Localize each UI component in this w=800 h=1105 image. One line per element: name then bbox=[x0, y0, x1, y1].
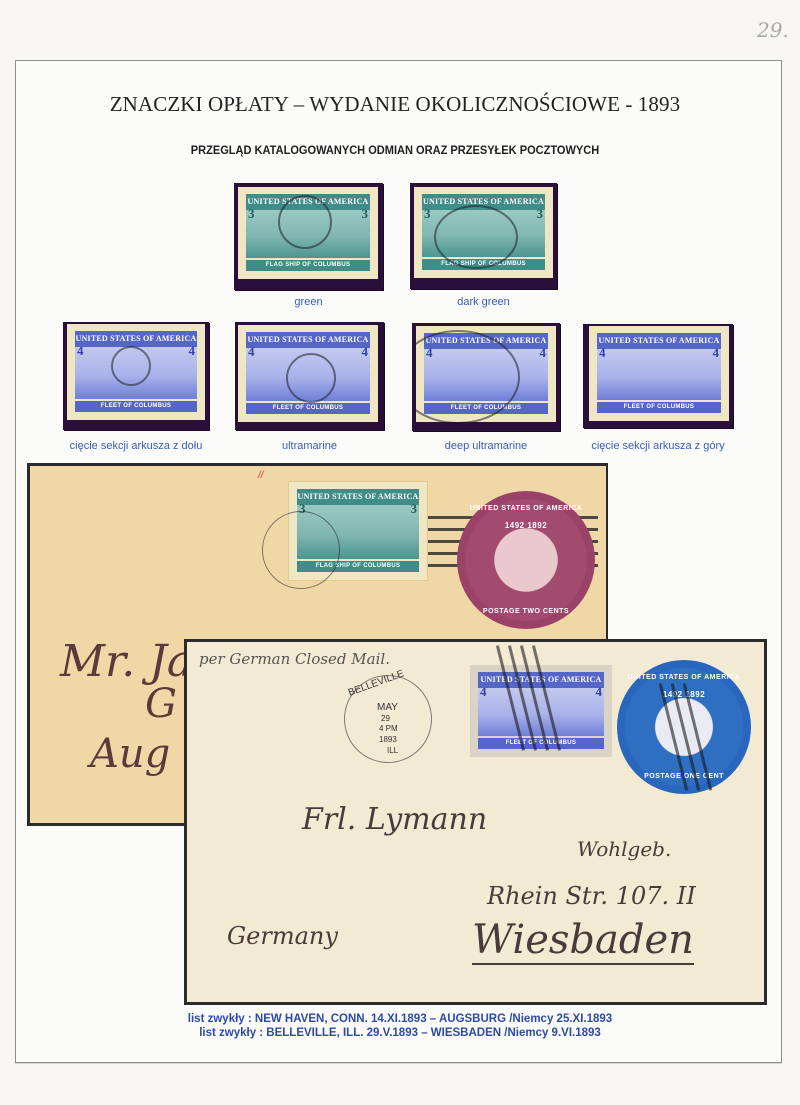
caption-green: green bbox=[234, 296, 383, 308]
caption-cover-2: list zwykły : BELLEVILLE, ILL. 29.V.1893… bbox=[0, 1027, 800, 1039]
stamp-3c-green: UNITED STATES OF AMERICA 3 3 FLAG SHIP O… bbox=[238, 187, 378, 279]
postmark-day: 29 bbox=[381, 714, 390, 723]
address-line: G bbox=[145, 681, 177, 727]
addressee-name: Frl. Lymann bbox=[302, 802, 487, 837]
stamp-mount-bottom-cut: UNITED STATES OF AMERICA 4 4 FLEET OF CO… bbox=[63, 322, 209, 430]
postmark-month: MAY bbox=[377, 702, 398, 713]
new-haven-postmark bbox=[262, 511, 340, 589]
stamp-4c-bottom-cut: UNITED STATES OF AMERICA 4 4 FLEET OF CO… bbox=[67, 324, 205, 420]
caption-ultramarine: ultramarine bbox=[235, 440, 384, 452]
stamp-4c-ultramarine: UNITED STATES OF AMERICA 4 4 FLEET OF CO… bbox=[238, 325, 378, 422]
stamp-mount-deep-ultramarine: UNITED STATES OF AMERICA 4 4 FLEET OF CO… bbox=[412, 323, 560, 431]
stamp-mount-top-cut: UNITED STATES OF AMERICA 4 4 FLEET OF CO… bbox=[583, 324, 733, 428]
page-subtitle: PRZEGLĄD KATALOGOWANYCH ODMIAN ORAZ PRZE… bbox=[32, 143, 759, 157]
caption-bottom-cut: cięcie sekcji arkusza z dołu bbox=[40, 440, 232, 452]
address-line: Aug bbox=[90, 731, 170, 777]
postmark-time: 4 PM bbox=[379, 724, 398, 733]
caption-cover-1: list zwykły : NEW HAVEN, CONN. 14.XI.189… bbox=[0, 1013, 800, 1025]
postmark-state: ILL bbox=[387, 746, 398, 755]
postmark-cancel bbox=[434, 205, 518, 269]
indicia-two-cents: UNITED STATES OF AMERICA 1492 1892 POSTA… bbox=[457, 491, 595, 629]
postmark-year: 1893 bbox=[379, 735, 397, 744]
routing-endorsement: per German Closed Mail. bbox=[199, 650, 390, 668]
stamp-mount-dark-green: UNITED STATES OF AMERICA 3 3 FLAG SHIP O… bbox=[410, 183, 557, 289]
cover-belleville: per German Closed Mail. BELLEVILLE MAY 2… bbox=[184, 639, 767, 1005]
stamp-mount-green: UNITED STATES OF AMERICA 3 3 FLAG SHIP O… bbox=[234, 183, 383, 290]
postmark-cancel bbox=[286, 353, 336, 403]
address-city: Wiesbaden bbox=[472, 917, 694, 965]
stamp-mount-ultramarine: UNITED STATES OF AMERICA 4 4 FLEET OF CO… bbox=[235, 322, 384, 430]
postmark-cancel bbox=[278, 195, 332, 249]
fleet-image bbox=[597, 349, 721, 400]
page-title: ZNACZKI OPŁATY – WYDANIE OKOLICZNOŚCIOWE… bbox=[0, 92, 790, 117]
pencil-mark: // bbox=[258, 470, 264, 481]
stamp-3c-dark-green: UNITED STATES OF AMERICA 3 3 FLAG SHIP O… bbox=[414, 187, 553, 278]
caption-dark-green: dark green bbox=[410, 296, 557, 308]
caption-top-cut: cięcie sekcji arkusza z góry bbox=[565, 440, 751, 452]
stamp-4c-deep-ultramarine: UNITED STATES OF AMERICA 4 4 FLEET OF CO… bbox=[416, 326, 556, 422]
address-street: Rhein Str. 107. II bbox=[487, 882, 696, 910]
address-country: Germany bbox=[227, 922, 338, 950]
address-line: Mr. Ja bbox=[60, 636, 193, 687]
caption-deep-ultramarine: deep ultramarine bbox=[412, 440, 560, 452]
address-title: Wohlgeb. bbox=[577, 837, 671, 861]
page-number: 29. bbox=[757, 18, 789, 42]
postmark-cancel bbox=[111, 346, 151, 386]
stamp-4c-top-cut: UNITED STATES OF AMERICA 4 4 FLEET OF CO… bbox=[589, 326, 729, 421]
